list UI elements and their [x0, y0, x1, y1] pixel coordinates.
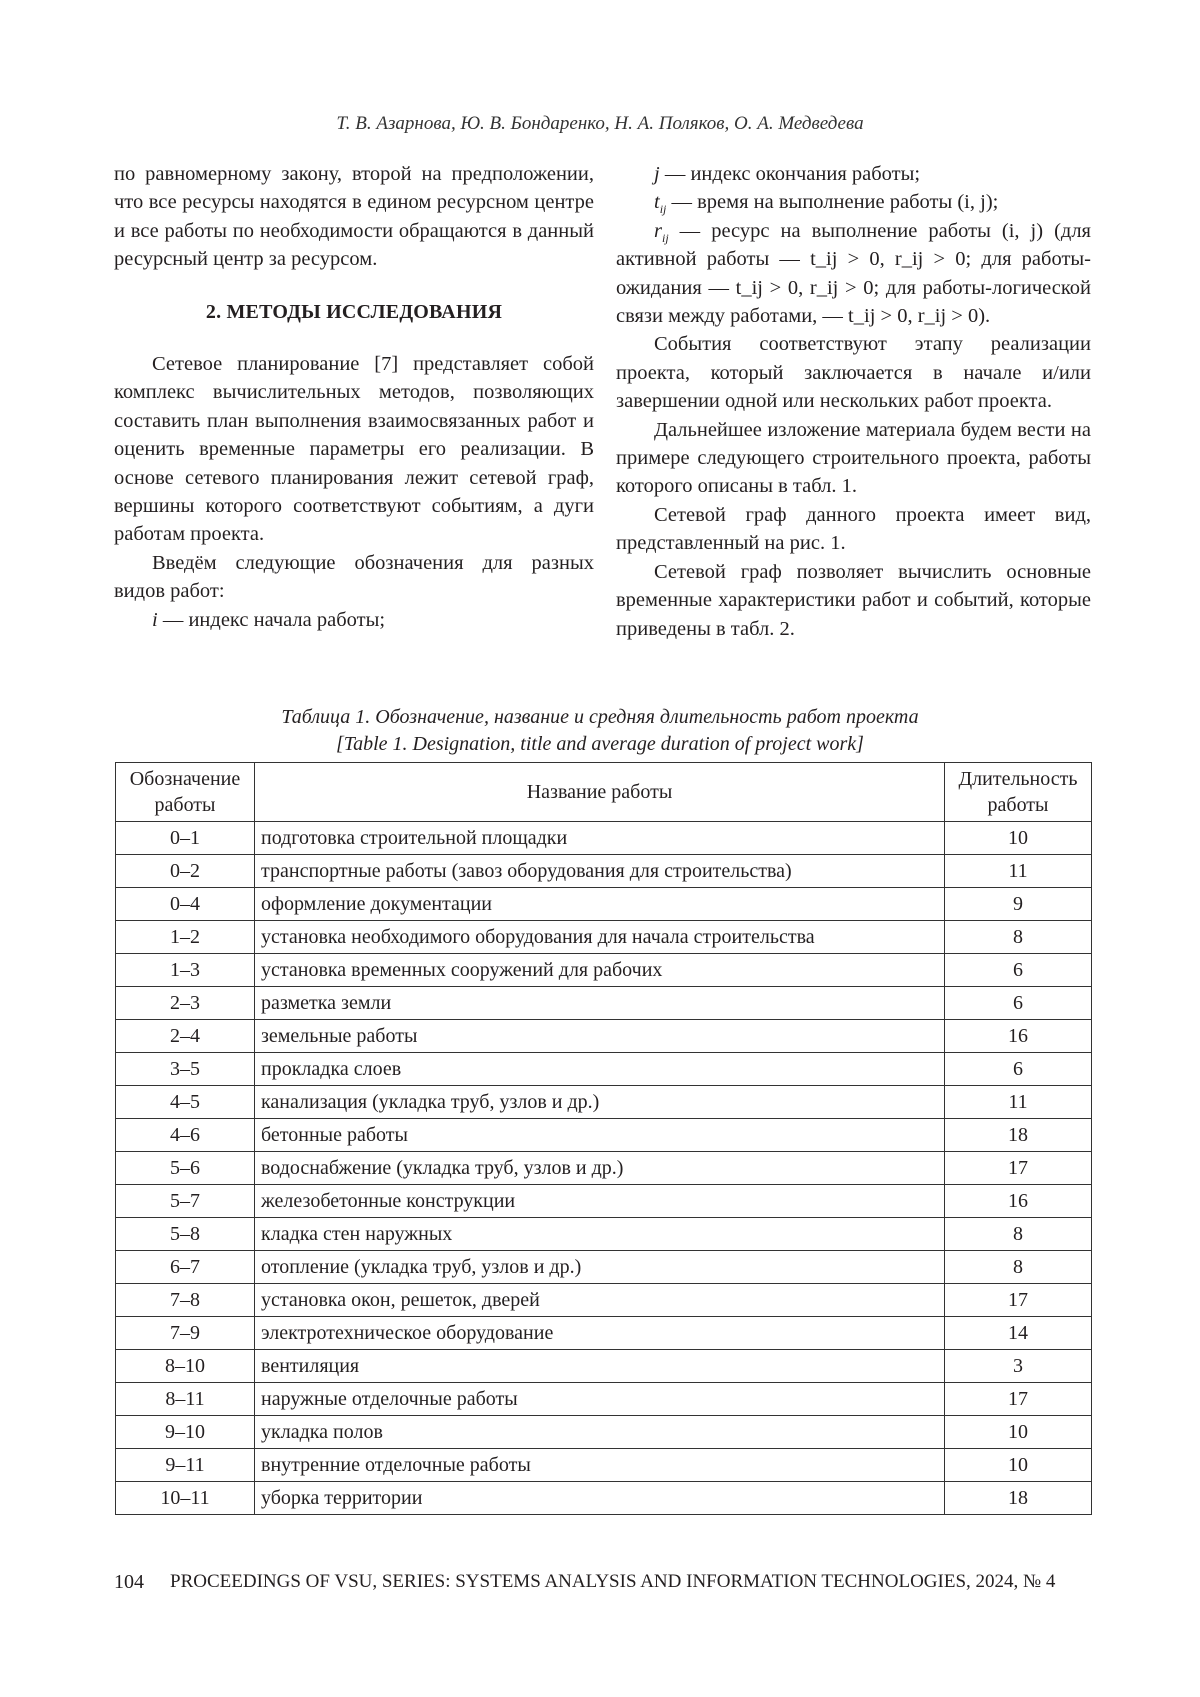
cell-name: земельные работы [255, 1020, 945, 1053]
page-number: 104 [114, 1571, 144, 1594]
cell-duration: 11 [945, 1086, 1092, 1119]
table-row: 6–7отопление (укладка труб, узлов и др.)… [116, 1251, 1092, 1284]
definition-t: tij — время на выполнение работы (i, j); [616, 188, 1091, 216]
cell-duration: 8 [945, 1251, 1092, 1284]
definition-j-text: — индекс окончания работы; [660, 163, 920, 185]
cell-name: канализация (укладка труб, узлов и др.) [255, 1086, 945, 1119]
table-row: 0–2транспортные работы (завоз оборудован… [116, 855, 1092, 888]
table-caption-ru: Таблица 1. Обозначение, название и средн… [0, 704, 1200, 731]
header-name: Название работы [255, 763, 945, 822]
cell-name: железобетонные конструкции [255, 1185, 945, 1218]
cell-name: подготовка строительной площадки [255, 822, 945, 855]
table-row: 8–11наружные отделочные работы17 [116, 1383, 1092, 1416]
cell-code: 9–11 [116, 1449, 255, 1482]
cell-duration: 6 [945, 987, 1092, 1020]
table-header-row: Обозначение работы Название работы Длите… [116, 763, 1092, 822]
definition-r: rij — ресурс на выполнение работы (i, j)… [616, 217, 1091, 331]
cell-name: разметка земли [255, 987, 945, 1020]
definition-r-text: — ресурс на выполнение работы (i, j) (дл… [616, 220, 1091, 327]
cell-duration: 10 [945, 1416, 1092, 1449]
left-column: по равномерному закону, второй на предпо… [114, 160, 594, 634]
table-row: 0–1подготовка строительной площадки10 [116, 822, 1092, 855]
cell-duration: 18 [945, 1482, 1092, 1515]
table-row: 5–7железобетонные конструкции16 [116, 1185, 1092, 1218]
cell-code: 0–4 [116, 888, 255, 921]
header-code: Обозначение работы [116, 763, 255, 822]
cell-duration: 6 [945, 1053, 1092, 1086]
definition-i-text: — индекс начала работы; [158, 609, 385, 631]
cell-name: бетонные работы [255, 1119, 945, 1152]
paragraph-notation-intro: Введём следующие обозначения для разных … [114, 549, 594, 606]
table-row: 4–6бетонные работы18 [116, 1119, 1092, 1152]
table-caption-en: [Table 1. Designation, title and average… [0, 731, 1200, 758]
table-body: 0–1подготовка строительной площадки100–2… [116, 822, 1092, 1515]
table-row: 5–6водоснабжение (укладка труб, узлов и … [116, 1152, 1092, 1185]
cell-name: уборка территории [255, 1482, 945, 1515]
table-row: 2–4земельные работы16 [116, 1020, 1092, 1053]
cell-code: 6–7 [116, 1251, 255, 1284]
cell-duration: 10 [945, 1449, 1092, 1482]
cell-code: 4–6 [116, 1119, 255, 1152]
cell-duration: 10 [945, 822, 1092, 855]
journal-title: PROCEEDINGS OF VSU, SERIES: SYSTEMS ANAL… [170, 1571, 1055, 1594]
cell-name: водоснабжение (укладка труб, узлов и др.… [255, 1152, 945, 1185]
cell-duration: 17 [945, 1152, 1092, 1185]
section-heading: 2. МЕТОДЫ ИССЛЕДОВАНИЯ [114, 298, 594, 326]
cell-name: оформление документации [255, 888, 945, 921]
cell-name: внутренние отделочные работы [255, 1449, 945, 1482]
table-row: 8–10вентиляция3 [116, 1350, 1092, 1383]
paragraph-events: События соответствуют этапу реализации п… [616, 330, 1091, 415]
table-row: 4–5канализация (укладка труб, узлов и др… [116, 1086, 1092, 1119]
running-header-authors: Т. В. Азарнова, Ю. В. Бондаренко, Н. А. … [0, 113, 1200, 135]
intro-paragraph: по равномерному закону, второй на предпо… [114, 160, 594, 274]
table-row: 3–5прокладка слоев6 [116, 1053, 1092, 1086]
cell-code: 7–8 [116, 1284, 255, 1317]
table-row: 10–11уборка территории18 [116, 1482, 1092, 1515]
cell-duration: 9 [945, 888, 1092, 921]
definition-j: j — индекс окончания работы; [616, 160, 1091, 188]
cell-name: отопление (укладка труб, узлов и др.) [255, 1251, 945, 1284]
table-row: 1–2установка необходимого оборудования д… [116, 921, 1092, 954]
cell-code: 8–10 [116, 1350, 255, 1383]
table-row: 2–3разметка земли6 [116, 987, 1092, 1020]
paragraph-compute: Сетевой граф позволяет вычислить основны… [616, 558, 1091, 643]
cell-name: вентиляция [255, 1350, 945, 1383]
cell-duration: 14 [945, 1317, 1092, 1350]
right-column: j — индекс окончания работы; tij — время… [616, 160, 1091, 643]
symbol-r-sub: ij [662, 231, 669, 245]
table-row: 0–4оформление документации9 [116, 888, 1092, 921]
cell-code: 9–10 [116, 1416, 255, 1449]
table-caption: Таблица 1. Обозначение, название и средн… [0, 704, 1200, 758]
cell-code: 1–3 [116, 954, 255, 987]
cell-code: 3–5 [116, 1053, 255, 1086]
cell-duration: 3 [945, 1350, 1092, 1383]
cell-name: наружные отделочные работы [255, 1383, 945, 1416]
cell-code: 2–4 [116, 1020, 255, 1053]
cell-name: установка временных сооружений для рабоч… [255, 954, 945, 987]
cell-duration: 8 [945, 921, 1092, 954]
cell-duration: 17 [945, 1383, 1092, 1416]
cell-duration: 17 [945, 1284, 1092, 1317]
cell-name: установка окон, решеток, дверей [255, 1284, 945, 1317]
cell-code: 7–9 [116, 1317, 255, 1350]
cell-name: установка необходимого оборудования для … [255, 921, 945, 954]
paragraph-example: Дальнейшее изложение материала будем вес… [616, 416, 1091, 501]
cell-duration: 16 [945, 1185, 1092, 1218]
cell-code: 5–6 [116, 1152, 255, 1185]
cell-name: кладка стен наружных [255, 1218, 945, 1251]
table-row: 7–9электротехническое оборудование14 [116, 1317, 1092, 1350]
table-row: 9–10укладка полов10 [116, 1416, 1092, 1449]
definition-i: i — индекс начала работы; [114, 606, 594, 634]
cell-duration: 16 [945, 1020, 1092, 1053]
cell-name: укладка полов [255, 1416, 945, 1449]
table-row: 1–3установка временных сооружений для ра… [116, 954, 1092, 987]
header-duration: Длительность работы [945, 763, 1092, 822]
paragraph-network-planning: Сетевое планирование [7] представляет со… [114, 350, 594, 549]
project-works-table: Обозначение работы Название работы Длите… [115, 762, 1092, 1515]
table-row: 7–8установка окон, решеток, дверей17 [116, 1284, 1092, 1317]
table-row: 9–11внутренние отделочные работы10 [116, 1449, 1092, 1482]
page-footer: 104 PROCEEDINGS OF VSU, SERIES: SYSTEMS … [114, 1571, 1094, 1594]
cell-code: 8–11 [116, 1383, 255, 1416]
cell-name: электротехническое оборудование [255, 1317, 945, 1350]
cell-code: 4–5 [116, 1086, 255, 1119]
cell-duration: 18 [945, 1119, 1092, 1152]
cell-name: транспортные работы (завоз оборудования … [255, 855, 945, 888]
table-row: 5–8кладка стен наружных8 [116, 1218, 1092, 1251]
cell-duration: 6 [945, 954, 1092, 987]
cell-code: 0–1 [116, 822, 255, 855]
cell-code: 0–2 [116, 855, 255, 888]
cell-code: 1–2 [116, 921, 255, 954]
cell-duration: 8 [945, 1218, 1092, 1251]
cell-code: 2–3 [116, 987, 255, 1020]
cell-code: 5–8 [116, 1218, 255, 1251]
cell-duration: 11 [945, 855, 1092, 888]
cell-code: 10–11 [116, 1482, 255, 1515]
paragraph-graph: Сетевой граф данного проекта имеет вид, … [616, 501, 1091, 558]
cell-name: прокладка слоев [255, 1053, 945, 1086]
symbol-r: r [654, 220, 662, 242]
cell-code: 5–7 [116, 1185, 255, 1218]
definition-t-text: — время на выполнение работы (i, j); [666, 191, 998, 213]
